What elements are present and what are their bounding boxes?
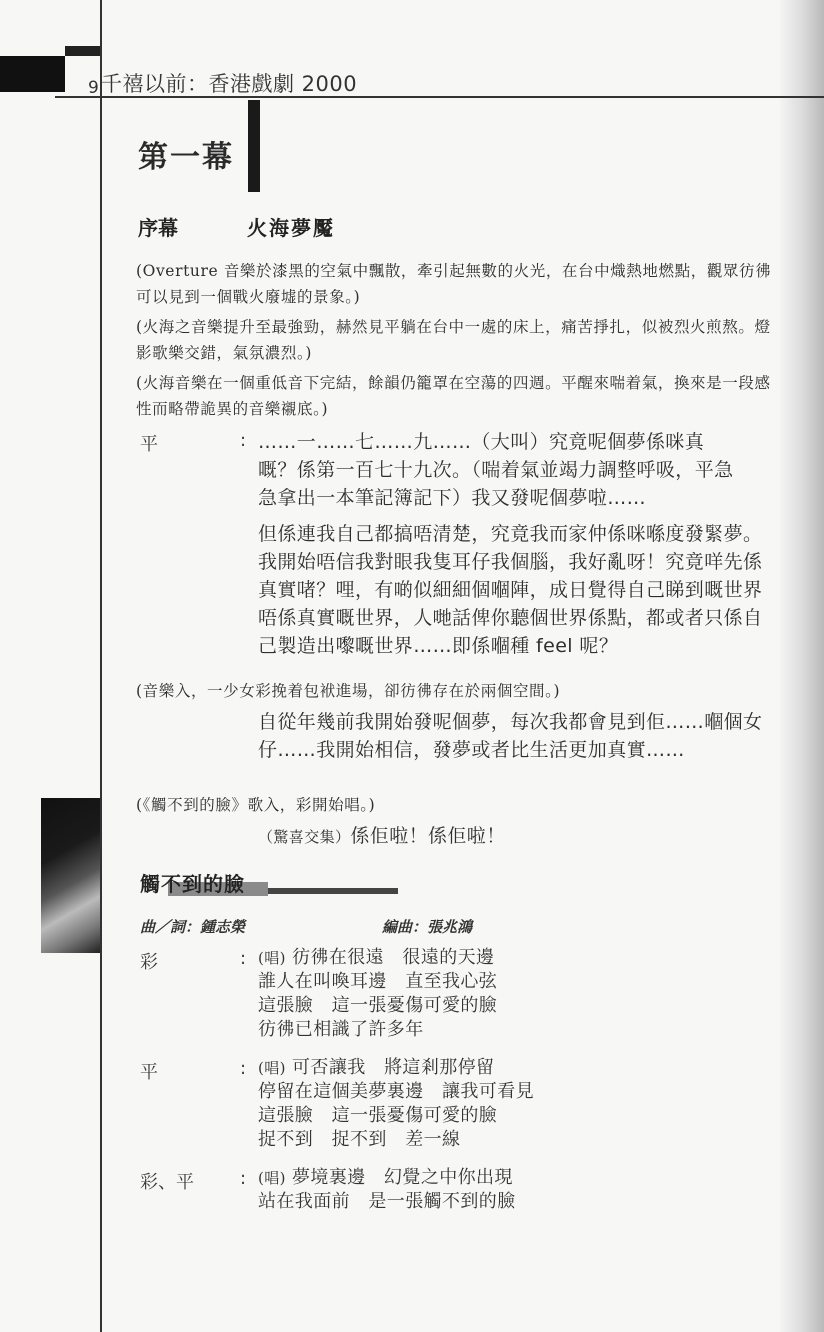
song-credits-arrangement: 編曲：張兆鴻: [382, 916, 472, 937]
lyric-line: 彷彿在很遠 很遠的天邊: [292, 947, 494, 968]
stage-direction: (Overture 音樂於漆黑的空氣中飄散，牽引起無數的火光，在台中熾熱地燃點，…: [136, 258, 776, 310]
lyric-line: 捉不到 捉不到 差一線: [258, 1129, 460, 1150]
dialogue-exclamation: （驚喜交集）係佢啦！係佢啦！: [258, 822, 778, 851]
stage-direction: (音樂入，一少女彩挽着包袱進場，卻彷彿存在於兩個空間。): [136, 678, 776, 704]
stage-direction: (火海之音樂提升至最強勁，赫然見平躺在台中一處的床上，痛苦掙扎，似被烈火煎熬。燈…: [136, 314, 776, 366]
lyric-block: (唱) 可否讓我 將這剎那停留 停留在這個美夢裏邊 讓我可看見 這張臉 這一張憂…: [258, 1056, 534, 1152]
scene-name: 火海夢魘: [247, 212, 335, 241]
margin-rule: [100, 0, 102, 1332]
song-title: 觸不到的臉: [140, 868, 245, 897]
singer-colon: :: [240, 1168, 246, 1189]
lyric-line: 可否讓我 將這剎那停留: [292, 1057, 494, 1078]
singer-colon: :: [240, 948, 246, 969]
dialogue-continuation: 但係連我自己都搞唔清楚，究竟我而家仲係咪喺度發緊夢。我開始唔信我對眼我隻耳仔我個…: [258, 520, 778, 660]
lyric-line: 彷彿已相識了許多年: [258, 1019, 424, 1040]
inline-direction: （驚喜交集）: [258, 828, 350, 846]
lyric-line: 這張臉 這一張憂傷可愛的臉: [258, 995, 497, 1016]
singer-name: 彩: [140, 948, 158, 974]
stage-direction: (火海音樂在一個重低音下完結，餘韻仍籠罩在空蕩的四週。平醒來喘着氣，換來是一段感…: [136, 370, 776, 422]
sing-tag: (唱): [258, 949, 286, 967]
page-gutter-shadow: [780, 0, 824, 1332]
dialogue-line: ……一……七……九……（大叫）究竟呢個夢係咪真 嘅？係第一百七十九次。（喘着氣並…: [258, 428, 778, 512]
lyric-line: 站在我面前 是一張觸不到的臉: [258, 1191, 516, 1212]
speaker-name: 平: [140, 430, 158, 456]
lyric-block: (唱) 彷彿在很遠 很遠的天邊 誰人在叫喚耳邊 直至我心弦 這張臉 這一張憂傷可…: [258, 946, 497, 1042]
sing-tag: (唱): [258, 1169, 286, 1187]
lyric-line: 誰人在叫喚耳邊 直至我心弦: [258, 971, 497, 992]
running-title: 千禧以前：香港戲劇 2000: [101, 68, 357, 98]
exclamation-text: 係佢啦！係佢啦！: [350, 825, 505, 847]
scene-label: 序幕: [138, 212, 178, 241]
speaker-colon: :: [240, 430, 246, 451]
dialogue-paragraph: 自從年幾前我開始發呢個夢，每次我都會見到佢……嗰個女仔……我開始相信，發夢或者比…: [258, 708, 778, 764]
lyric-line: 這張臉 這一張憂傷可愛的臉: [258, 1105, 497, 1126]
sing-tag: (唱): [258, 1059, 286, 1077]
dialogue-line-3: 急拿出一本筆記簿記下）我又發呢個夢啦……: [258, 484, 778, 512]
header-decoration-block: [0, 56, 65, 92]
song-credits-lyrics: 曲／詞：鍾志榮: [140, 916, 245, 937]
singer-name: 彩、平: [140, 1168, 194, 1194]
lyric-line: 停留在這個美夢裏邊 讓我可看見: [258, 1081, 534, 1102]
act-title: 第一幕: [138, 132, 234, 176]
dialogue-line-2: 嘅？係第一百七十九次。（喘着氣並竭力調整呼吸，平急: [258, 456, 778, 484]
act-title-bar: [248, 100, 260, 192]
header-decoration-block-small: [65, 46, 100, 56]
stage-direction: (《觸不到的臉》歌入，彩開始唱。): [136, 792, 776, 818]
lyric-line: 夢境裏邊 幻覺之中你出現: [292, 1167, 513, 1188]
dialogue-line-1: ……一……七……九……（大叫）究竟呢個夢係咪真: [258, 428, 778, 456]
margin-photo: [41, 798, 100, 953]
singer-colon: :: [240, 1058, 246, 1079]
lyric-block: (唱) 夢境裏邊 幻覺之中你出現 站在我面前 是一張觸不到的臉: [258, 1166, 516, 1214]
page-number: 9: [88, 78, 99, 98]
song-title-rule: [268, 888, 398, 894]
singer-name: 平: [140, 1058, 158, 1084]
